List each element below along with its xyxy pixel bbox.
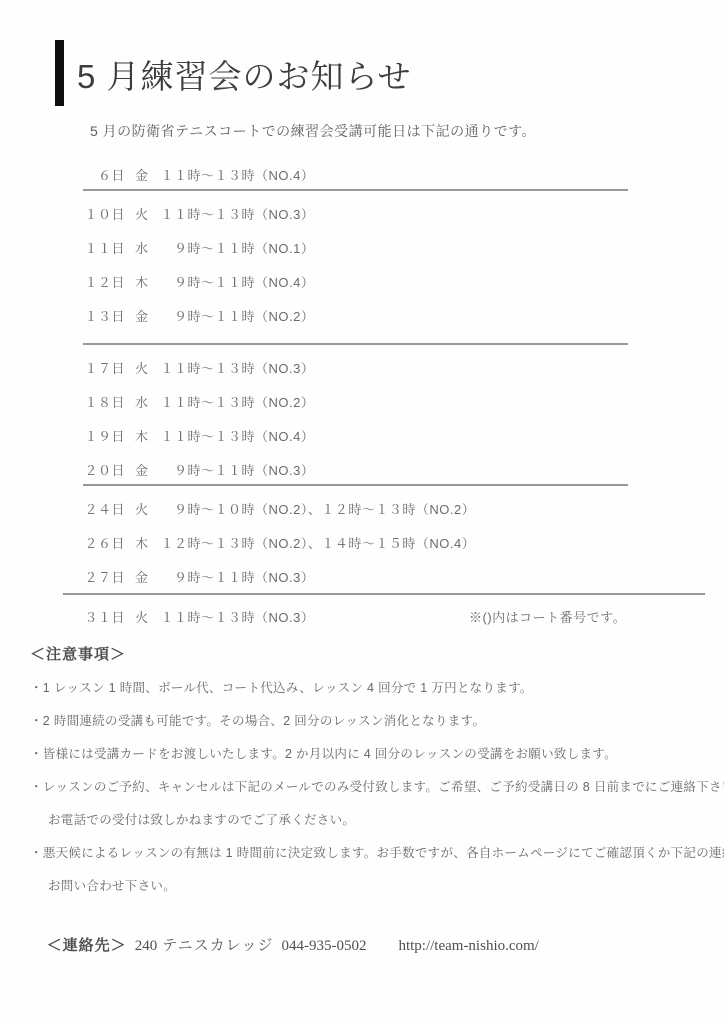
note-line: ・2 時間連続の受講も可能です。その場合、2 回分のレッスン消化となります。	[30, 715, 724, 728]
schedule-day: 木	[135, 536, 149, 551]
schedule-row: ２７日 金 ９時～１１時（NO.3）	[83, 570, 724, 585]
schedule-date: １２日	[83, 275, 125, 290]
schedule-date: １１日	[83, 241, 125, 256]
schedule-date: １９日	[83, 429, 125, 444]
contact-heading: ＜連絡先＞	[47, 937, 127, 954]
schedule-row: １２日 木 ９時～１１時（NO.4）	[83, 275, 724, 290]
title-block: 5 月練習会のお知らせ	[55, 40, 724, 106]
contact-url: http://team-nishio.com/	[398, 938, 538, 954]
schedule-day: 木	[135, 275, 149, 290]
schedule-row: １０日 火 １１時～１３時（NO.3）	[83, 207, 724, 222]
schedule-time: ９時～１１時（NO.3）	[161, 463, 315, 478]
schedule-time: ９時～１１時（NO.3）	[161, 570, 315, 585]
schedule-day: 木	[135, 429, 149, 444]
note-line: ・レッスンのご予約、キャンセルは下記のメールでのみ受付致します。ご希望、ご予約受…	[30, 781, 724, 794]
schedule-day: 水	[135, 241, 149, 256]
title-accent-bar	[55, 40, 64, 106]
schedule-list: ６日 金 １１時～１３時（NO.4） １０日 火 １１時～１３時（NO.3） １…	[83, 168, 724, 625]
note-line: ・皆様には受講カードをお渡しいたします。2 か月以内に 4 回分のレッスンの受講…	[30, 748, 724, 761]
section-divider	[83, 343, 628, 345]
schedule-time: ９時～１１時（NO.4）	[161, 275, 315, 290]
schedule-row: ６日 金 １１時～１３時（NO.4）	[83, 168, 724, 183]
schedule-day: 金	[135, 309, 149, 324]
schedule-time: １１時～１３時（NO.4）	[161, 429, 315, 444]
contact-phone: 044-935-0502	[281, 938, 366, 954]
schedule-row: １９日 木 １１時～１３時（NO.4）	[83, 429, 724, 444]
notes-section: ＜注意事項＞ ・1 レッスン 1 時間、ボール代、コート代込み、レッスン 4 回…	[30, 647, 724, 893]
schedule-row: ２４日 火 ９時～１０時（NO.2）、１２時～１３時（NO.2）	[83, 502, 724, 517]
note-line-continuation: お電話での受付は致しかねますのでご了承ください。	[48, 814, 724, 827]
notes-heading: ＜注意事項＞	[30, 647, 724, 662]
schedule-time: １１時～１３時（NO.2）	[161, 395, 315, 410]
court-number-note: ※()内はコート番号です。	[469, 610, 626, 625]
note-line: ・1 レッスン 1 時間、ボール代、コート代込み、レッスン 4 回分で 1 万円…	[30, 682, 724, 695]
schedule-date: １８日	[83, 395, 125, 410]
contact-name: テニスカレッジ	[162, 937, 273, 954]
intro-text: 5 月の防衛省テニスコートでの練習会受講可能日は下記の通りです。	[90, 124, 724, 138]
note-line: ・悪天候によるレッスンの有無は 1 時間前に決定致します。お手数ですが、各自ホー…	[30, 847, 724, 860]
page-title: 5 月練習会のお知らせ	[77, 60, 412, 106]
schedule-day: 火	[135, 207, 149, 222]
schedule-time: １２時～１３時（NO.2）、１４時～１５時（NO.4）	[161, 536, 476, 551]
schedule-date: １０日	[83, 207, 125, 222]
contact-number: 240	[135, 938, 158, 954]
schedule-row: ２０日 金 ９時～１１時（NO.3）	[83, 463, 724, 478]
schedule-date: ２４日	[83, 502, 125, 517]
schedule-day: 火	[135, 361, 149, 376]
notice-page: 5 月練習会のお知らせ 5 月の防衛省テニスコートでの練習会受講可能日は下記の通…	[0, 0, 724, 1024]
schedule-date: ６日	[83, 168, 125, 183]
schedule-date: ３１日	[83, 610, 125, 625]
contact-section: ＜連絡先＞240テニスカレッジ044-935-0502http://team-n…	[30, 919, 724, 973]
schedule-time: １１時～１３時（NO.3）	[161, 207, 315, 222]
section-divider	[83, 484, 628, 486]
note-line-continuation: お問い合わせ下さい。	[48, 880, 724, 893]
section-divider	[83, 189, 628, 191]
schedule-row: ３１日 火 １１時～１３時（NO.3） ※()内はコート番号です。	[83, 610, 724, 625]
schedule-row: １３日 金 ９時～１１時（NO.2）	[83, 309, 724, 324]
schedule-day: 金	[135, 463, 149, 478]
schedule-row: ２６日 木 １２時～１３時（NO.2）、１４時～１５時（NO.4）	[83, 536, 724, 551]
schedule-time: １１時～１３時（NO.3）	[161, 610, 315, 625]
schedule-time: ９時～１１時（NO.2）	[161, 309, 315, 324]
schedule-time: １１時～１３時（NO.4）	[161, 168, 315, 183]
schedule-day: 火	[135, 610, 149, 625]
schedule-date: ２６日	[83, 536, 125, 551]
schedule-day: 火	[135, 502, 149, 517]
schedule-time: ９時～１１時（NO.1）	[161, 241, 315, 256]
schedule-row: １７日 火 １１時～１３時（NO.3）	[83, 361, 724, 376]
section-divider	[63, 593, 705, 595]
schedule-date: ２０日	[83, 463, 125, 478]
schedule-row: １１日 水 ９時～１１時（NO.1）	[83, 241, 724, 256]
schedule-day: 金	[135, 570, 149, 585]
schedule-day: 金	[135, 168, 149, 183]
schedule-row: １８日 水 １１時～１３時（NO.2）	[83, 395, 724, 410]
schedule-date: ２７日	[83, 570, 125, 585]
schedule-date: １３日	[83, 309, 125, 324]
schedule-day: 水	[135, 395, 149, 410]
schedule-time: ９時～１０時（NO.2）、１２時～１３時（NO.2）	[161, 502, 476, 517]
schedule-date: １７日	[83, 361, 125, 376]
schedule-time: １１時～１３時（NO.3）	[161, 361, 315, 376]
